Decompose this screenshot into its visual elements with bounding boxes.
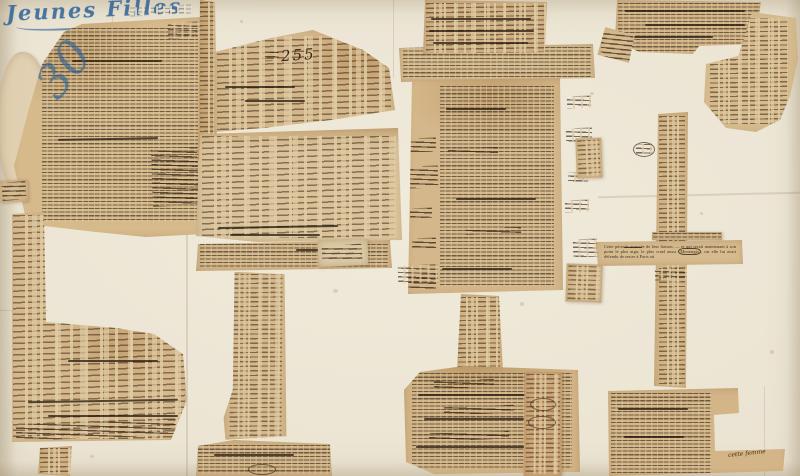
- strikethrough-mark: [442, 268, 512, 270]
- handwritten-text-block: [567, 265, 600, 300]
- printed-text-block: [440, 86, 554, 286]
- strikethrough-mark: [418, 394, 538, 396]
- margin-note-scrawl: [410, 138, 436, 153]
- strikethrough-mark: [245, 100, 305, 102]
- strikethrough-mark: [625, 10, 745, 12]
- printed-text-block: [611, 393, 711, 473]
- paper-fragment-manuscript-dense: [423, 0, 549, 56]
- margin-note-scrawl: [573, 239, 598, 258]
- strikethrough-mark: [225, 86, 295, 88]
- paper-fragment-manuscript-wide: [196, 128, 404, 244]
- strikethrough-mark: [230, 234, 320, 236]
- paper-fragment-folio-255: 255: [213, 28, 397, 134]
- circled-word: [248, 464, 276, 475]
- handwritten-text-block: [13, 215, 185, 439]
- paper-fragment-scrap: [575, 138, 602, 179]
- handwritten-text-block: [40, 448, 72, 474]
- paper-fragment-scrap: [565, 263, 602, 302]
- paper-fragment-galley-top-left: 30: [12, 16, 204, 238]
- strikethrough-mark: [424, 418, 524, 420]
- paper-fragment-galley-top-right: [615, 0, 763, 56]
- foxing-spot: [240, 20, 243, 23]
- crossed-out-numeral: [265, 52, 279, 61]
- margin-note-scrawl: [151, 147, 199, 207]
- handwritten-text-block: [426, 3, 546, 53]
- margin-note-scrawl: [168, 21, 203, 38]
- foxing-spot: [770, 350, 774, 354]
- circled-word: [530, 398, 556, 411]
- paper-fragment-scrap: [0, 179, 29, 202]
- paper-fragment-galley-central: [406, 78, 564, 296]
- circled-word: [528, 416, 556, 429]
- handwritten-text-block: [577, 140, 600, 177]
- handwritten-text-block: [202, 136, 396, 238]
- handwritten-text-block: [229, 274, 282, 438]
- strikethrough-mark: [214, 454, 294, 456]
- margin-note-scrawl: [408, 165, 439, 188]
- printed-text-block: [653, 233, 721, 239]
- paper-fragment-scrap: [38, 446, 74, 476]
- paper-fragment-galley-bottom-left: [194, 440, 334, 476]
- paper-fragment-margin-strip: [524, 372, 563, 476]
- strikethrough-mark: [618, 408, 688, 410]
- foxing-spot: [333, 289, 338, 293]
- paper-fragment-strip-long: [223, 270, 288, 442]
- paper-fragment-strip: [455, 294, 503, 374]
- strikethrough-mark: [433, 42, 528, 44]
- foxing-spot: [590, 92, 594, 95]
- strikethrough-mark: [429, 30, 534, 32]
- strikethrough-mark: [48, 415, 178, 417]
- paper-fragment-galley-sliver: [652, 232, 722, 240]
- handwriting-scrawl: [600, 30, 633, 61]
- paper-fragment-manuscript-large: [8, 210, 190, 444]
- strikethrough-mark: [416, 446, 526, 448]
- handwritten-text-block: [458, 297, 500, 371]
- folio-numeral: 255: [280, 45, 316, 65]
- strikethrough-mark: [456, 198, 536, 200]
- pencil-note: [130, 4, 192, 16]
- paper-fragment-galley-bottom-right: cette femme: [606, 388, 788, 476]
- strikethrough-mark: [623, 36, 713, 38]
- fold-crease: [393, 0, 394, 78]
- foxing-spot: [90, 455, 94, 458]
- fold-crease: [598, 192, 800, 198]
- foxing-spot: [520, 302, 524, 306]
- circled-character-name: Montargis: [678, 248, 701, 255]
- strikethrough-mark: [624, 436, 684, 438]
- margin-note-scrawl: [398, 264, 439, 283]
- manuscript-sheet: Jeunes Filles 30 255: [0, 0, 800, 476]
- foxing-spot: [700, 212, 703, 215]
- paper-fragment-galley-montargis: Cette période avancée de leur liaison, —…: [596, 240, 744, 266]
- margin-note-text: cette femme: [728, 448, 766, 459]
- margin-note-scrawl: [410, 208, 432, 219]
- paper-fragment-overlay-scrap: [318, 239, 369, 267]
- strikethrough-mark: [645, 24, 745, 26]
- strikethrough-mark: [446, 108, 506, 110]
- handwriting-scrawl: [1, 181, 26, 201]
- signature-scrawl: [322, 244, 363, 262]
- strikethrough-mark: [68, 360, 158, 362]
- fold-crease: [186, 228, 188, 476]
- margin-note-scrawl: [655, 267, 687, 280]
- margin-note-scrawl: [565, 200, 589, 213]
- circled-mark: [633, 142, 655, 157]
- margin-note-scrawl: [567, 96, 591, 109]
- strikethrough-mark: [431, 18, 531, 20]
- margin-note-scrawl: [412, 238, 436, 251]
